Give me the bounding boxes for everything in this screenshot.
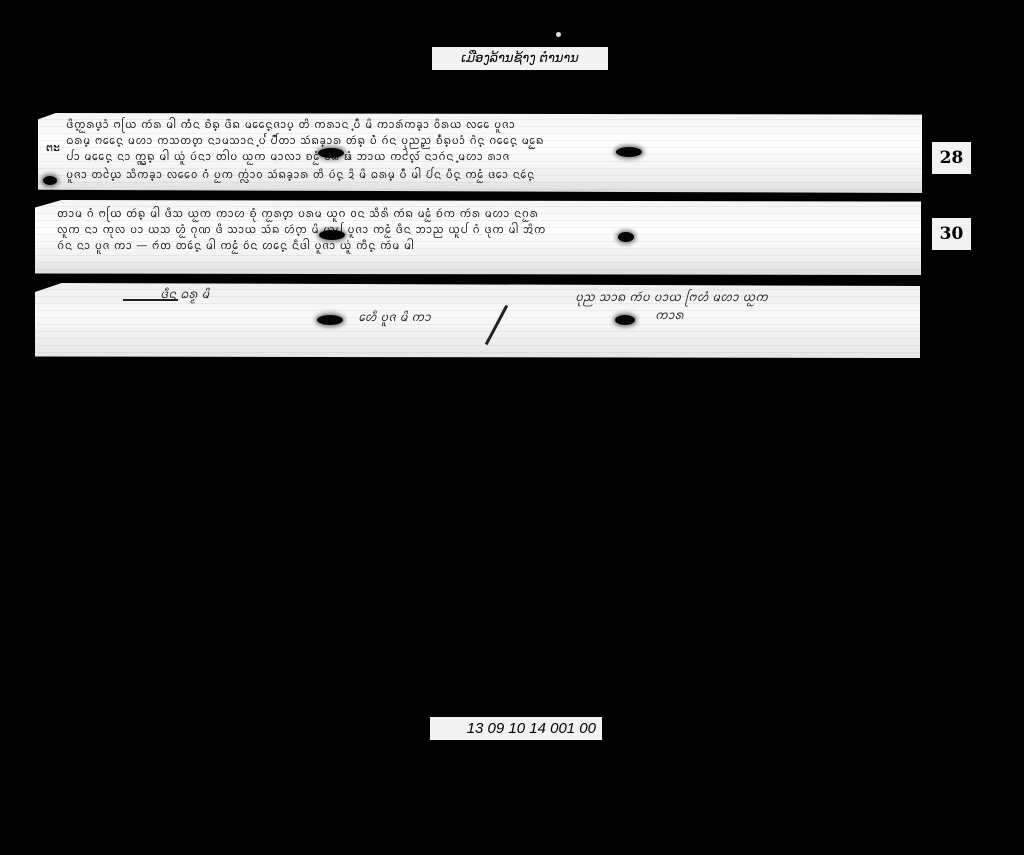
palm-leaf-folio-1: ຕະ ᨴᩦ᩠ᨠᩬᩁ᩠ᨴᩣᩴ ᨻᩕᨿ ᨠᩢᩁ ᨾᩤ ᨠᩴ᩵ᨶ ᨧᩫ᩠ᨦ ᨴᩨᨦ ᨾ… — [38, 113, 922, 193]
archive-id-text: 13 09 10 14 001 00 — [467, 720, 596, 737]
leaf-corner-damage — [43, 176, 57, 185]
page-number-text: 28 — [940, 148, 964, 168]
margin-note-4: ᨠᩣᩁ — [655, 307, 684, 326]
manuscript-title-label: ເມືອງລ້ານຊ້າງ ຕຳນານ — [432, 47, 608, 70]
script-line-3: ᨣᩢᨶ ᨶᩣ ᨷᩪᨩ ᨠᩣ — ᨻᩢᨲ ᨲᩮᩢ᩠ᨶ ᨾᩤ ᨠᩮᩬᩴ ᩅᩢᨶ ᩉᩮ… — [57, 237, 917, 255]
binding-hole-right — [615, 315, 635, 325]
title-text: ເມືອງລ້ານຊ້າງ ຕຳນານ — [461, 51, 578, 66]
palm-leaf-folio-2: ᨲᩣᨾ ᨣᩴ ᨻᩕᨿ ᨲᩢ᩠ᨦ ᨾᩤ ᨴᩥᩈ ᨿᩬᨠ ᨠᩣᩉ ᨧᩩᩴ ᨠᩬᩁ᩠ᨲ… — [35, 200, 921, 275]
folio-number: ຕະ — [46, 141, 60, 154]
margin-note-3: ᨷᩩᨬ ᩈᩣᨦ ᨠᩢᨷ ᨷᩣᨿ ᨻᩕᩉᩴ ᨾᩉᩣ ᨿᩬᨠ — [575, 289, 768, 308]
binding-hole-right — [616, 147, 642, 157]
page-number-text: 30 — [940, 224, 964, 244]
script-line-4: ᨷᩪᨩᩣ ᨲᩱ᩠ᨿ ᩈᩥᨠ᩠ᨡᩣ ᩃᩯᩅ ᨣᩴ ᨷᩬᨠ ᨠᩖ᩵ᩣᩅ ᩈᩢᨦ᩠ᨡᩣ… — [66, 166, 916, 184]
ink-stroke — [485, 305, 508, 345]
script-line-3: ᨸᩣ ᨾᩯ᩠ᨶ ᨶᩣ ᨠᩖᩬ᩠ᨦ ᨾᩤ ᨿᩪ᩵ ᨷᩢᨶᩣ ᨲᩤᨷ ᨿᩬᨠ ᨾᩣᩃ… — [66, 148, 916, 166]
binding-hole-left — [317, 315, 343, 325]
dust-speck — [556, 32, 561, 37]
margin-note-2: ᩉᩮᩥ ᨷᩪᨩ ᨾᩦ ᨠᩣ — [358, 309, 431, 328]
binding-hole-right — [618, 232, 634, 242]
page-number-label: 30 — [932, 218, 971, 250]
binding-hole-left — [318, 148, 344, 158]
palm-leaf-folio-3-cover: ᨴᩥᨶ ᨵᩁ᩠ᨾ ᨾᩦ ᩉᩮᩥ ᨷᩪᨩ ᨾᩦ ᨠᩣ ᨷᩩᨬ ᩈᩣᨦ ᨠᩢᨷ ᨷᩣ… — [35, 283, 920, 358]
archive-id-label: 13 09 10 14 001 00 — [430, 717, 602, 740]
binding-hole-left — [319, 230, 345, 240]
ink-stroke — [123, 299, 178, 301]
margin-note-1: ᨴᩥᨶ ᨵᩁ᩠ᨾ ᨾᩦ — [160, 286, 209, 305]
page-number-label: 28 — [932, 142, 971, 174]
